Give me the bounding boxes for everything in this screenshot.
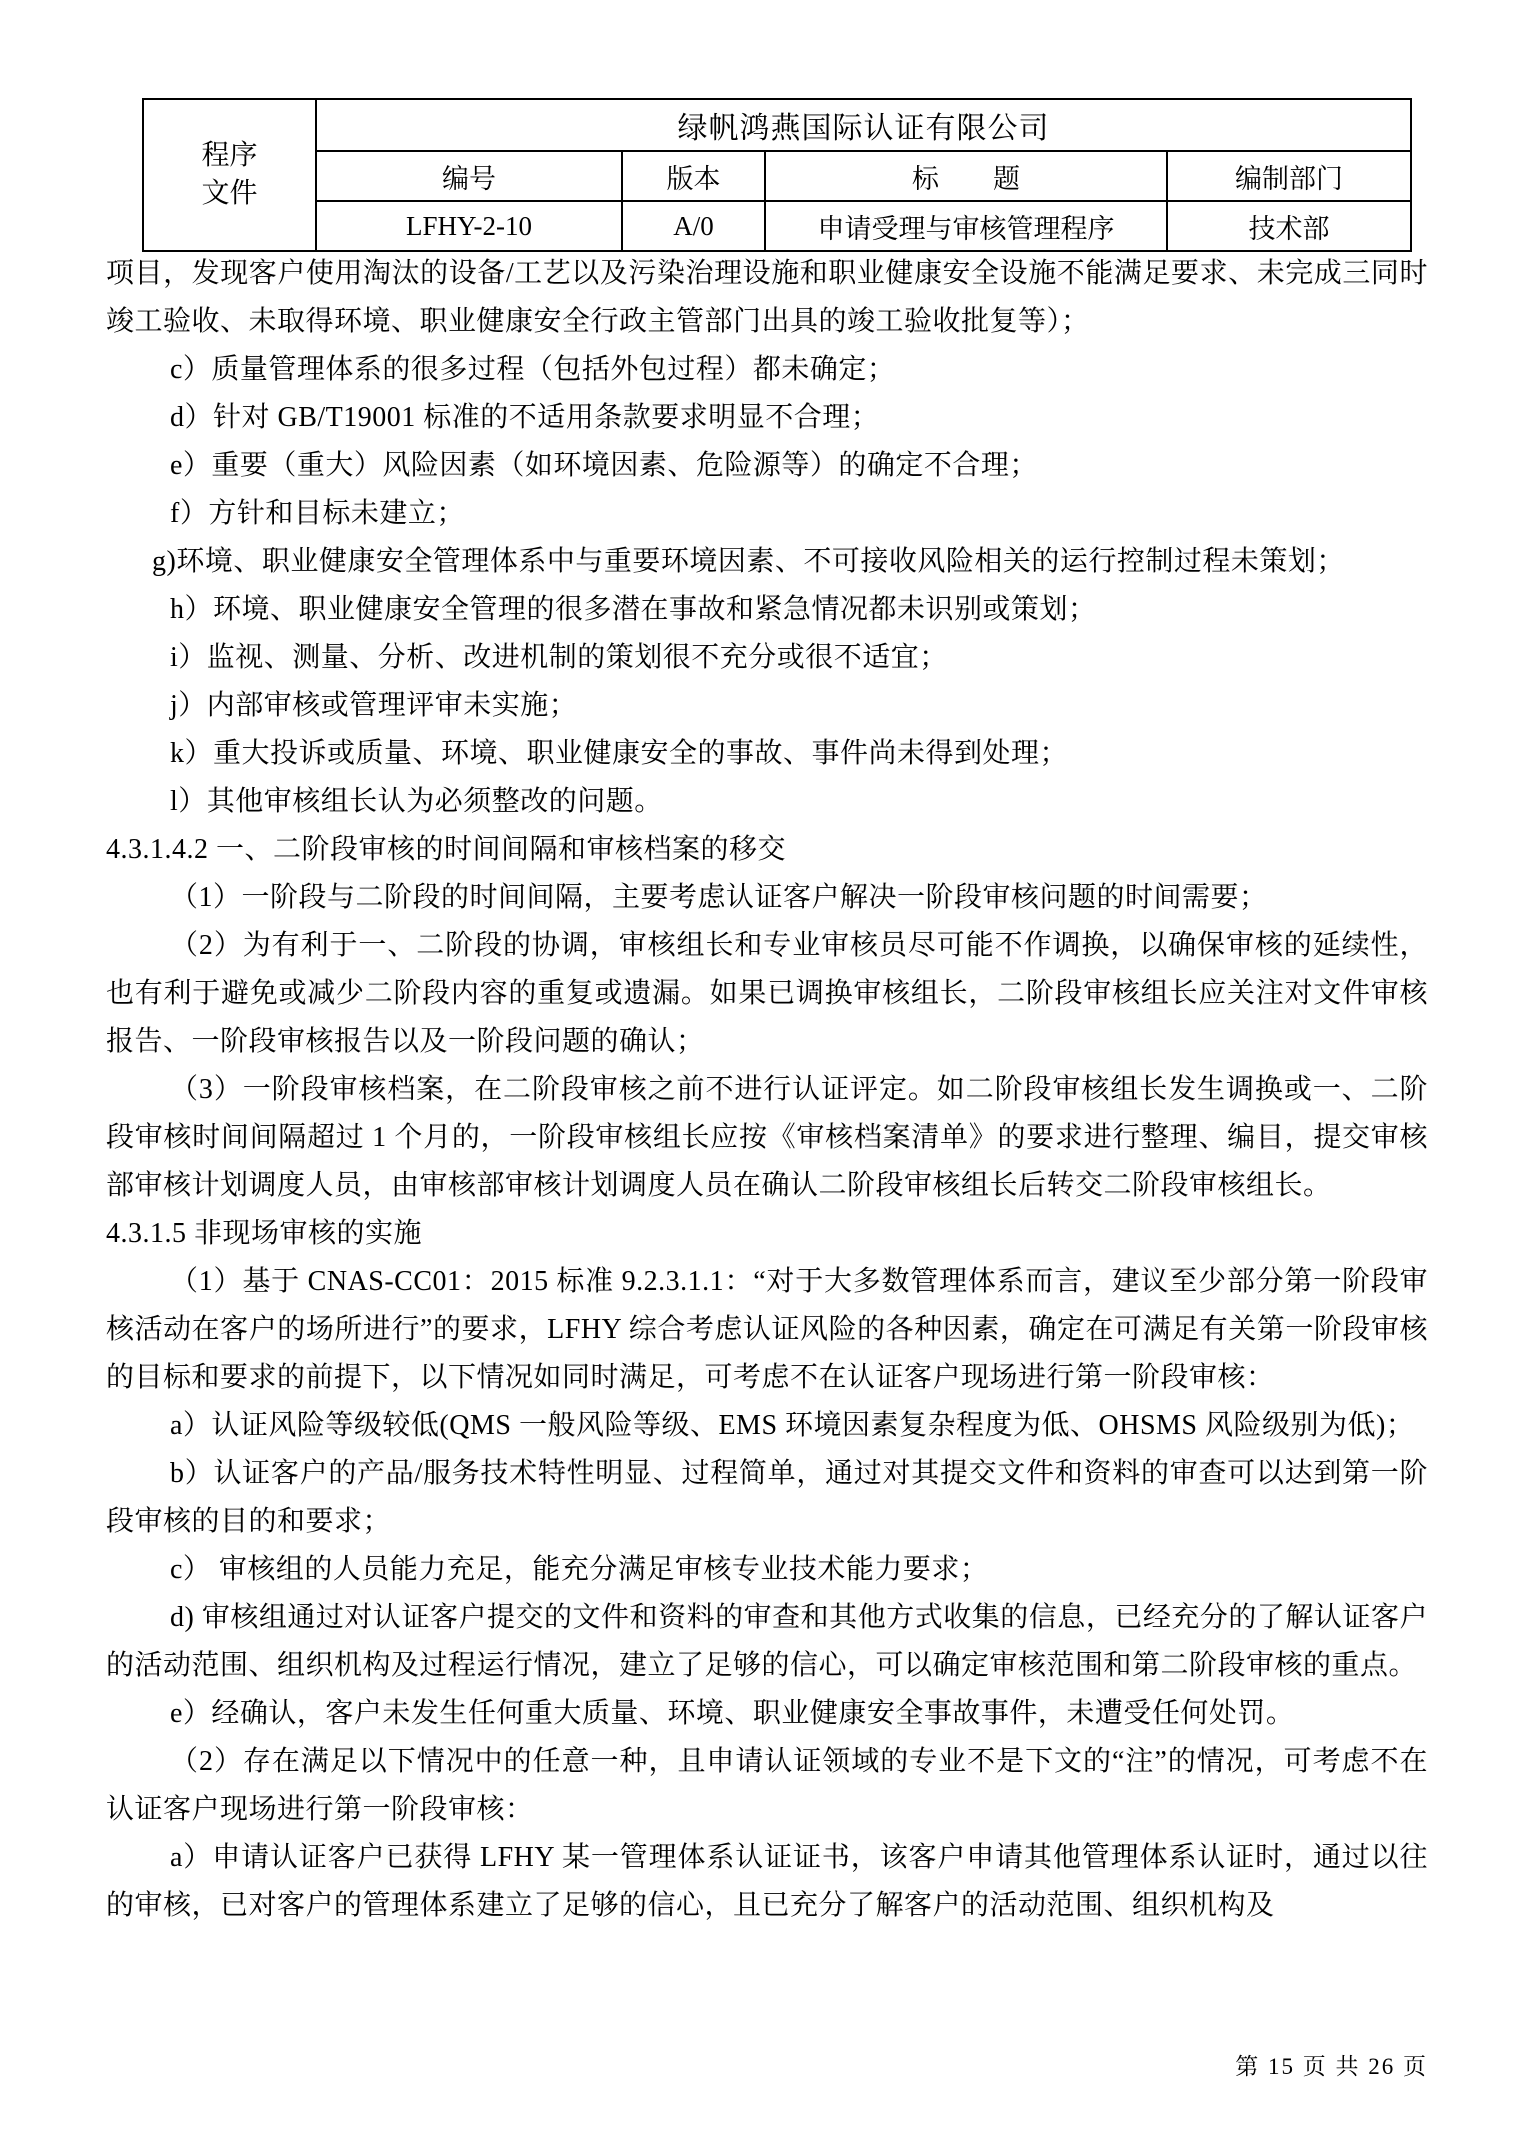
doc-version: A/0	[622, 201, 765, 251]
doc-type-line1: 程序	[144, 137, 315, 175]
paragraph: e）重要（重大）风险因素（如环境因素、危险源等）的确定不合理；	[106, 442, 1428, 490]
paragraph: a）认证风险等级较低(QMS 一般风险等级、EMS 环境因素复杂程度为低、OHS…	[106, 1402, 1428, 1450]
doc-number: LFHY-2-10	[316, 201, 622, 251]
paragraph: d) 审核组通过对认证客户提交的文件和资料的审查和其他方式收集的信息，已经充分的…	[106, 1594, 1428, 1690]
paragraph: d）针对 GB/T19001 标准的不适用条款要求明显不合理；	[106, 394, 1428, 442]
paragraph: g)环境、职业健康安全管理体系中与重要环境因素、不可接收风险相关的运行控制过程未…	[106, 538, 1428, 586]
paragraph: （2）为有利于一、二阶段的协调，审核组长和专业审核员尽可能不作调换，以确保审核的…	[106, 922, 1428, 1066]
paragraph: （3）一阶段审核档案，在二阶段审核之前不进行认证评定。如二阶段审核组长发生调换或…	[106, 1066, 1428, 1210]
header-col-version: 版本	[622, 151, 765, 201]
page-number-footer: 第 15 页 共 26 页	[1235, 2048, 1428, 2081]
header-col-title: 标 题	[765, 151, 1167, 201]
paragraph: 项目，发现客户使用淘汰的设备/工艺以及污染治理设施和职业健康安全设施不能满足要求…	[106, 250, 1428, 346]
document-header-table: 程序 文件 绿帆鸿燕国际认证有限公司 编号 版本 标 题 编制部门 LFHY-2…	[142, 98, 1412, 252]
paragraph: k）重大投诉或质量、环境、职业健康安全的事故、事件尚未得到处理；	[106, 730, 1428, 778]
paragraph: c） 审核组的人员能力充足，能充分满足审核专业技术能力要求；	[106, 1546, 1428, 1594]
paragraph: a）申请认证客户已获得 LFHY 某一管理体系认证证书，该客户申请其他管理体系认…	[106, 1834, 1428, 1930]
header-col-department: 编制部门	[1167, 151, 1411, 201]
document-page: 程序 文件 绿帆鸿燕国际认证有限公司 编号 版本 标 题 编制部门 LFHY-2…	[0, 0, 1514, 2140]
doc-type-cell: 程序 文件	[143, 99, 316, 251]
doc-title: 申请受理与审核管理程序	[765, 201, 1167, 251]
company-name-cell: 绿帆鸿燕国际认证有限公司	[316, 99, 1411, 151]
paragraph: （2）存在满足以下情况中的任意一种，且申请认证领域的专业不是下文的“注”的情况，…	[106, 1738, 1428, 1834]
paragraph: （1）基于 CNAS-CC01：2015 标准 9.2.3.1.1：“对于大多数…	[106, 1258, 1428, 1402]
doc-type-line2: 文件	[144, 175, 315, 213]
paragraph: e）经确认，客户未发生任何重大质量、环境、职业健康安全事故事件，未遭受任何处罚。	[106, 1690, 1428, 1738]
paragraph: l）其他审核组长认为必须整改的问题。	[106, 778, 1428, 826]
paragraph: c）质量管理体系的很多过程（包括外包过程）都未确定；	[106, 346, 1428, 394]
paragraph: 4.3.1.4.2 一、二阶段审核的时间间隔和审核档案的移交	[106, 826, 1428, 874]
paragraph: j）内部审核或管理评审未实施；	[106, 682, 1428, 730]
paragraph: b）认证客户的产品/服务技术特性明显、过程简单，通过对其提交文件和资料的审查可以…	[106, 1450, 1428, 1546]
paragraph: （1）一阶段与二阶段的时间间隔，主要考虑认证客户解决一阶段审核问题的时间需要；	[106, 874, 1428, 922]
paragraph: h）环境、职业健康安全管理的很多潜在事故和紧急情况都未识别或策划；	[106, 586, 1428, 634]
paragraph: i）监视、测量、分析、改进机制的策划很不充分或很不适宜；	[106, 634, 1428, 682]
header-col-number: 编号	[316, 151, 622, 201]
paragraph: 4.3.1.5 非现场审核的实施	[106, 1210, 1428, 1258]
document-body: 项目，发现客户使用淘汰的设备/工艺以及污染治理设施和职业健康安全设施不能满足要求…	[106, 250, 1428, 1930]
paragraph: f）方针和目标未建立；	[106, 490, 1428, 538]
doc-department: 技术部	[1167, 201, 1411, 251]
